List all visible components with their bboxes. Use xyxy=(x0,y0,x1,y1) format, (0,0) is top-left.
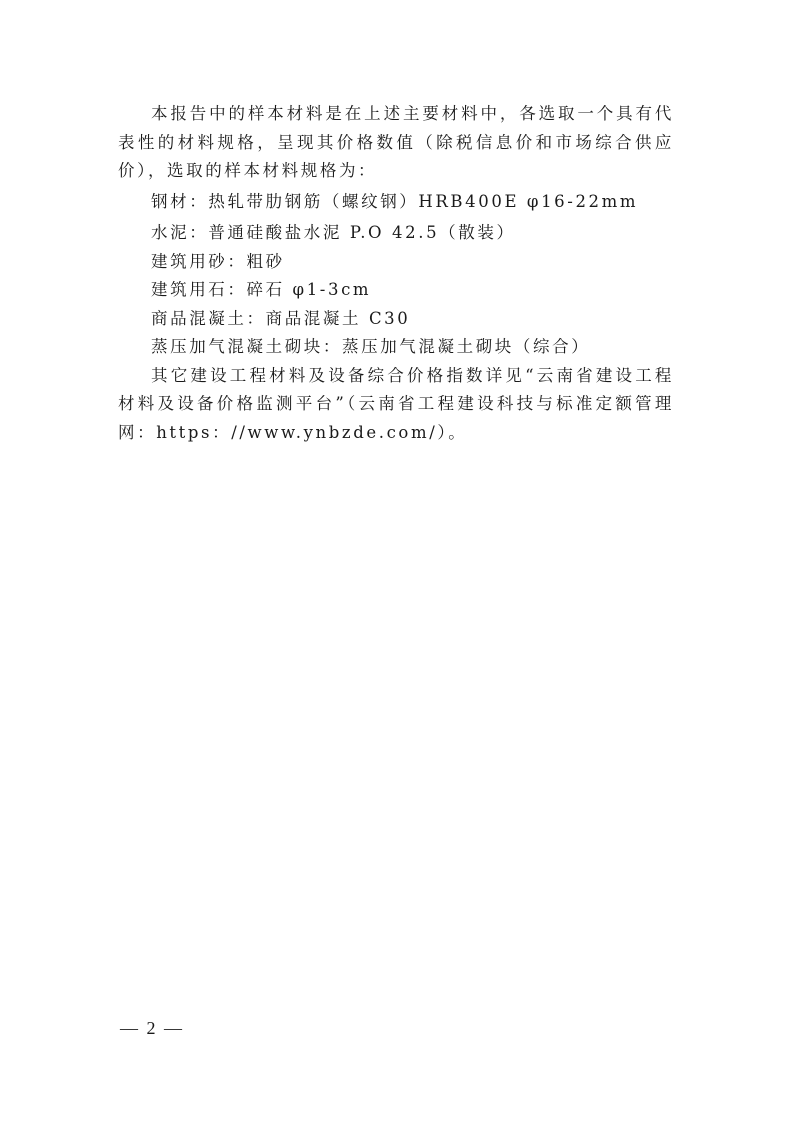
material-label: 水泥： xyxy=(151,223,208,242)
document-body: 本报告中的样本材料是在上述主要材料中，各选取一个具有代表性的材料规格，呈现其价格… xyxy=(118,100,674,447)
material-item-concrete: 商品混凝土：商品混凝土 C30 xyxy=(118,305,674,334)
material-item-steel: 钢材：热轧带肋钢筋（螺纹钢）HRB400E φ16-22mm xyxy=(118,188,674,217)
material-label: 建筑用砂： xyxy=(151,252,247,271)
material-item-cement: 水泥：普通硅酸盐水泥 P.O 42.5（散装） xyxy=(118,219,674,248)
material-value: 热轧带肋钢筋（螺纹钢）HRB400E φ16-22mm xyxy=(208,192,638,211)
material-value: 商品混凝土 C30 xyxy=(266,309,411,328)
sample-materials-list: 钢材：热轧带肋钢筋（螺纹钢）HRB400E φ16-22mm 水泥：普通硅酸盐水… xyxy=(118,188,674,362)
material-label: 钢材： xyxy=(151,192,208,211)
material-value: 粗砂 xyxy=(247,252,285,271)
material-label: 商品混凝土： xyxy=(151,309,266,328)
material-value: 蒸压加气混凝土砌块（综合） xyxy=(342,337,590,356)
closing-paragraph: 其它建设工程材料及设备综合价格指数详见“云南省建设工程材料及设备价格监测平台”（… xyxy=(118,362,674,448)
material-item-stone: 建筑用石：碎石 φ1-3cm xyxy=(118,276,674,305)
material-label: 蒸压加气混凝土砌块： xyxy=(151,337,342,356)
material-value: 碎石 φ1-3cm xyxy=(247,280,372,299)
material-item-aerated-block: 蒸压加气混凝土砌块：蒸压加气混凝土砌块（综合） xyxy=(118,333,674,362)
material-label: 建筑用石： xyxy=(151,280,247,299)
page-number: — 2 — xyxy=(120,1018,184,1039)
material-item-sand: 建筑用砂：粗砂 xyxy=(118,248,674,277)
intro-paragraph: 本报告中的样本材料是在上述主要材料中，各选取一个具有代表性的材料规格，呈现其价格… xyxy=(118,100,674,186)
material-value: 普通硅酸盐水泥 P.O 42.5（散装） xyxy=(208,223,515,242)
